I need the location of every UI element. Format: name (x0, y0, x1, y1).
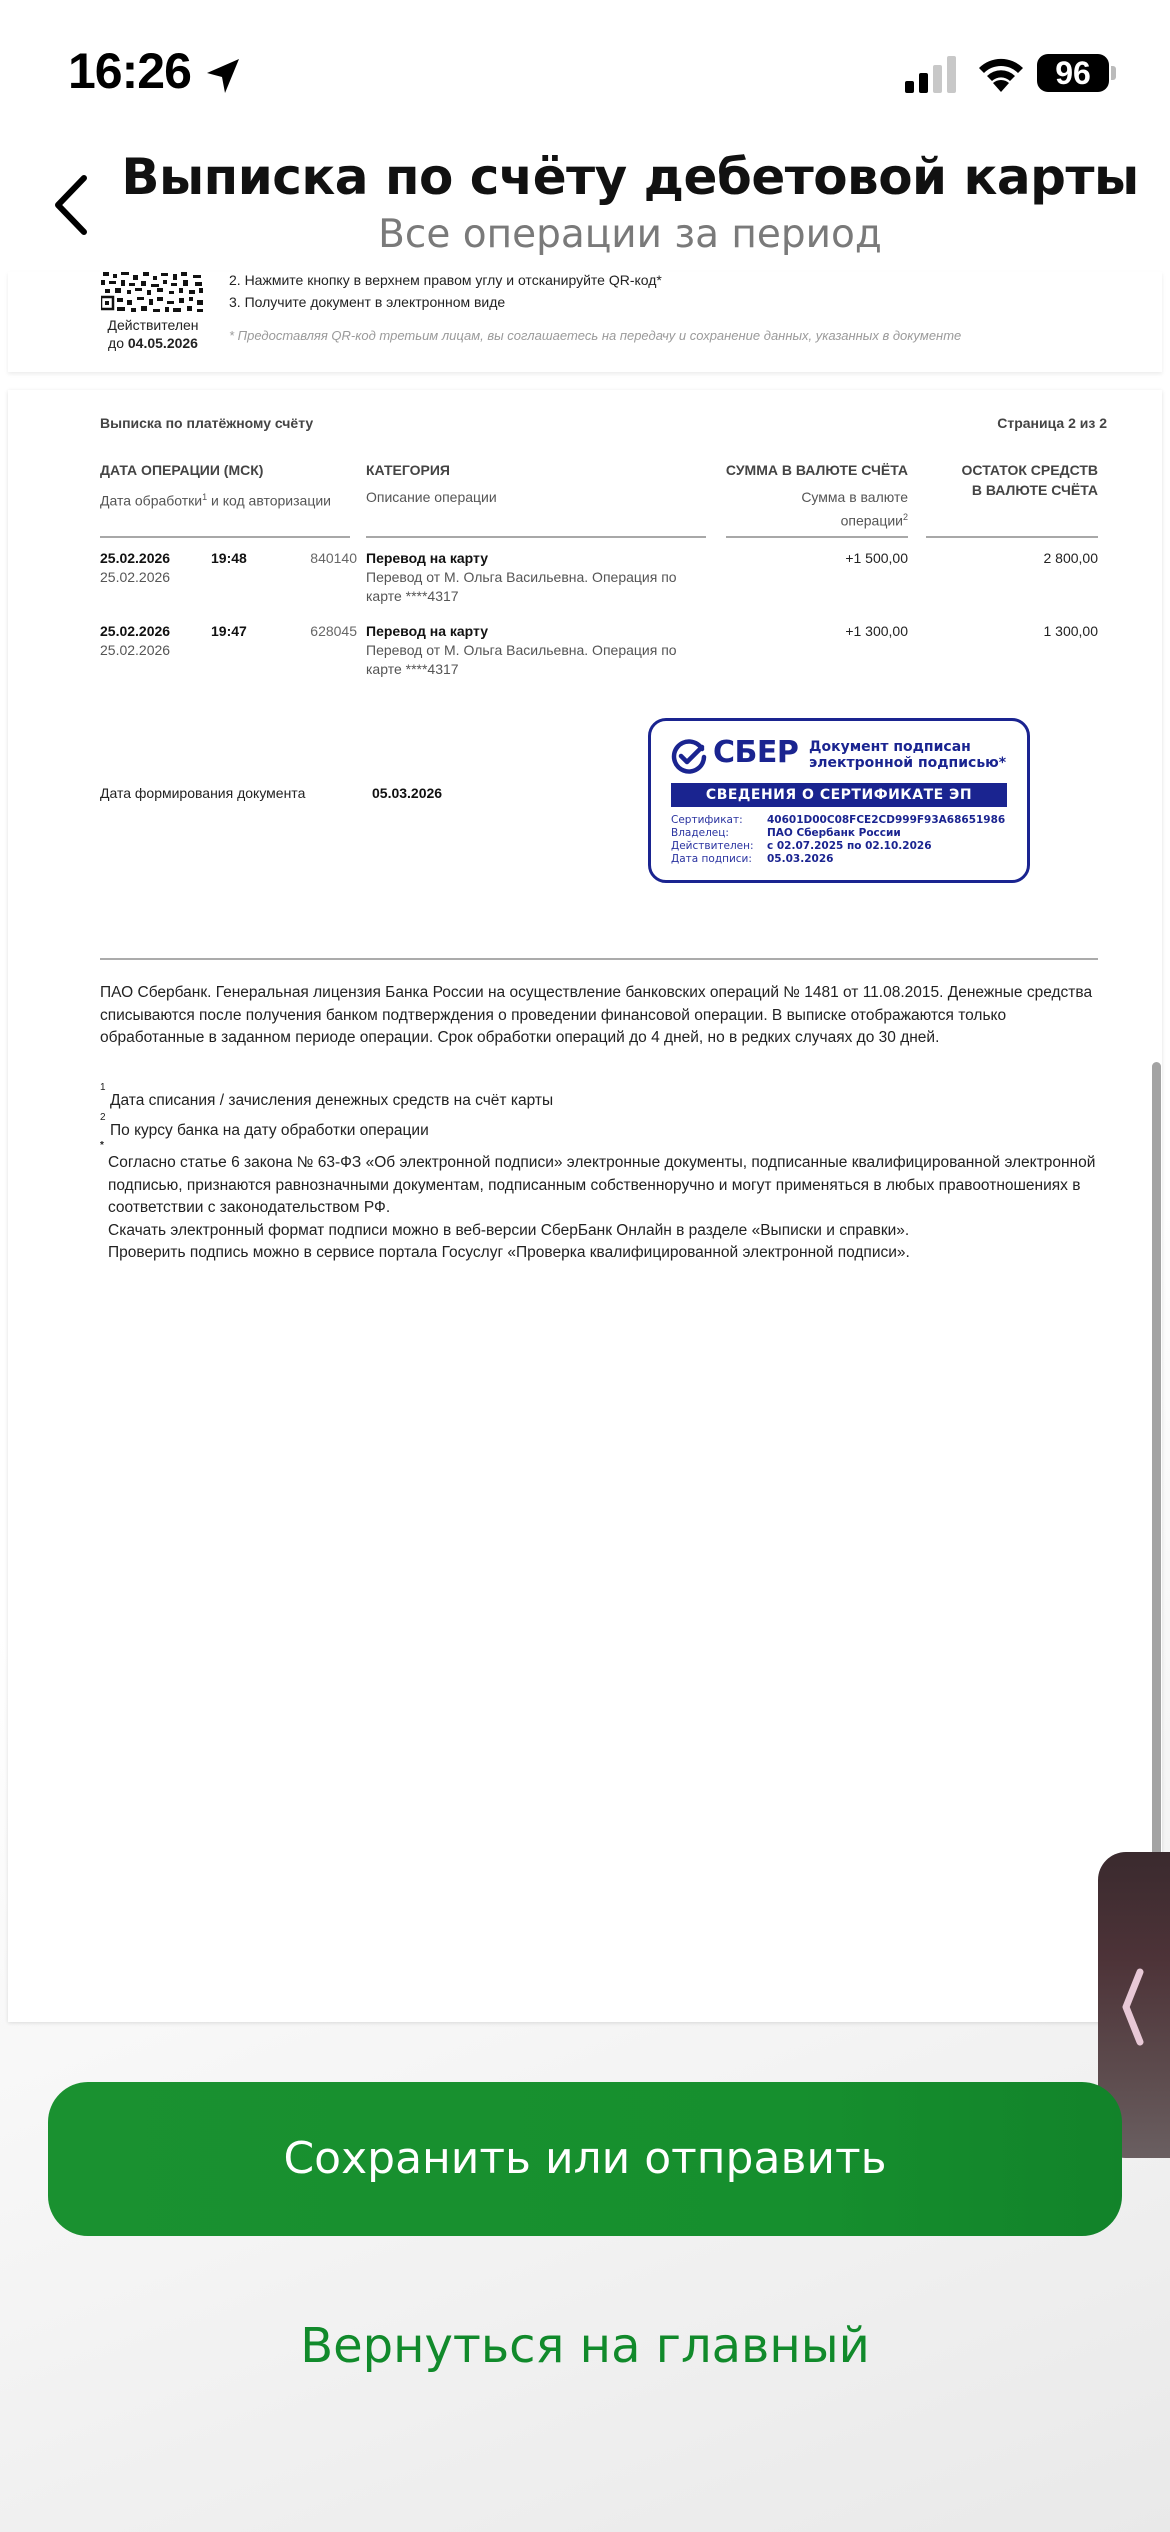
battery-tip (1111, 66, 1116, 80)
tx-time: 19:48 (211, 549, 247, 568)
tx-auth-code: 628045 (298, 622, 357, 641)
tx-processed-date: 25.02.2026 (100, 568, 170, 587)
qr-note: * Предоставляя QR-код третьим лицам, вы … (229, 328, 961, 343)
tx-processed-date: 25.02.2026 (100, 641, 170, 660)
document-page-1-fragment: Действителен до 04.05.2026 2. Нажмите кн… (8, 272, 1162, 372)
transaction-row[interactable]: 25.02.2026 25.02.2026 19:48 840140 Перев… (8, 549, 1162, 619)
wifi-icon (975, 52, 1027, 94)
footnote-mark-2: 2 (100, 1112, 106, 1123)
status-time: 16:26 (68, 42, 191, 100)
tx-description: Перевод от М. Ольга Васильевна. Операция… (366, 641, 696, 679)
footnote-1: Дата списания / зачисления денежных сред… (110, 1092, 553, 1110)
tx-description: Перевод от М. Ольга Васильевна. Операция… (366, 568, 696, 606)
col-divider-date (100, 536, 350, 538)
col-divider-balance (926, 536, 1098, 538)
save-or-send-button[interactable]: Сохранить или отправить (48, 2082, 1122, 2236)
back-to-home-link[interactable]: Вернуться на главный (0, 2318, 1170, 2374)
qr-step-3: 3. Получите документ в электронном виде (229, 294, 505, 310)
col-date-title: ДАТА ОПЕРАЦИИ (МСК) (100, 460, 263, 480)
tx-balance: 1 300,00 (928, 622, 1098, 641)
qr-valid-until: 04.05.2026 (128, 335, 198, 351)
stamp-row-sign-date: Дата подписи:05.03.2026 (671, 853, 1005, 866)
col-amount-title: СУММА В ВАЛЮТЕ СЧЁТА (708, 460, 908, 480)
tx-category: Перевод на карту (366, 622, 488, 641)
col-category-title: КАТЕГОРИЯ (366, 460, 450, 480)
col-divider-amount (726, 536, 908, 538)
tx-amount: +1 500,00 (728, 549, 908, 568)
col-balance-title: ОСТАТОК СРЕДСТВ В ВАЛЮТЕ СЧЁТА (908, 460, 1098, 500)
statement-heading: Выписка по платёжному счёту (100, 415, 313, 431)
chevron-left-icon (1118, 1962, 1148, 2052)
tx-amount: +1 300,00 (728, 622, 908, 641)
col-category-subtitle: Описание операции (366, 487, 497, 507)
document-page-2: Выписка по платёжному счёту Страница 2 и… (8, 390, 1162, 2022)
col-divider-category (366, 536, 706, 538)
footnote-2: По курсу банка на дату обработки операци… (110, 1122, 429, 1140)
transaction-row[interactable]: 25.02.2026 25.02.2026 19:47 628045 Перев… (8, 622, 1162, 692)
col-amount-subtitle: Сумма в валюте операции2 (708, 487, 908, 531)
tx-date: 25.02.2026 (100, 549, 170, 568)
back-button[interactable] (48, 170, 98, 240)
qr-code (101, 272, 205, 314)
page-title: Выписка по счёту дебетовой карты (100, 148, 1160, 206)
tx-category: Перевод на карту (366, 549, 488, 568)
stamp-row-certificate: Сертификат:40601D00C08FCE2CD999F93A68651… (671, 814, 1005, 827)
location-arrow-icon (203, 56, 243, 96)
stamp-banner: СВЕДЕНИЯ О СЕРТИФИКАТЕ ЭП (671, 783, 1007, 807)
col-date-subtitle: Дата обработки1 и код авторизации (100, 487, 331, 511)
tx-date: 25.02.2026 (100, 622, 170, 641)
qr-validity: Действителен до 04.05.2026 (91, 316, 215, 352)
stamp-row-owner: Владелец:ПАО Сбербанк России (671, 827, 1005, 840)
signature-footnote: Согласно статье 6 закона № 63-ФЗ «Об эле… (108, 1152, 1108, 1265)
generated-date-label: Дата формирования документа (100, 785, 305, 801)
tx-auth-code: 840140 (298, 549, 357, 568)
document-divider (100, 958, 1098, 960)
stamp-row-validity: Действителен:с 02.07.2025 по 02.10.2026 (671, 840, 1005, 853)
battery-icon: 96 (1037, 54, 1109, 92)
stamp-signed-text: Документ подписан электронной подписью* (809, 739, 1029, 771)
stamp-details: Сертификат:40601D00C08FCE2CD999F93A68651… (671, 814, 1005, 866)
page-indicator: Страница 2 из 2 (997, 415, 1107, 431)
tx-time: 19:47 (211, 622, 247, 641)
legal-paragraph: ПАО Сбербанк. Генеральная лицензия Банка… (100, 982, 1100, 1050)
status-bar: 16:26 96 (0, 0, 1170, 150)
sber-logo-icon (671, 739, 707, 775)
e-signature-stamp: СБЕР Документ подписан электронной подпи… (648, 718, 1030, 883)
generated-date-value: 05.03.2026 (372, 785, 442, 801)
cellular-signal-icon (905, 55, 961, 93)
page-subtitle: Все операции за период (130, 212, 1130, 257)
chevron-left-icon (58, 178, 84, 232)
tx-balance: 2 800,00 (928, 549, 1098, 568)
footnote-mark-1: 1 (100, 1082, 106, 1093)
stamp-brand: СБЕР (713, 735, 798, 770)
document-scrollbar[interactable] (1152, 1062, 1161, 1862)
footnote-mark-asterisk: * (100, 1140, 104, 1151)
qr-step-2: 2. Нажмите кнопку в верхнем правом углу … (229, 272, 662, 288)
